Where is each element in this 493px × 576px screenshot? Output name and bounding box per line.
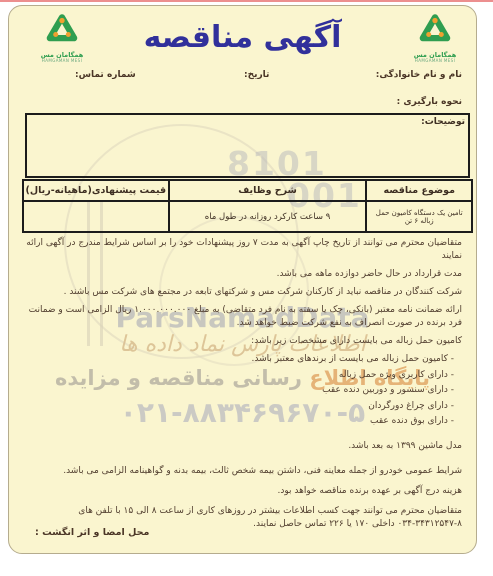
term-spec-item: - دارای چراغ دورگردان xyxy=(19,400,462,413)
field-name-label: نام و نام خانوادگی: xyxy=(376,70,462,80)
term-spec-item: - دارای بوق دنده عقب xyxy=(19,415,462,428)
term-line: مدت قرارداد در حال حاضر دوازده ماهه می ب… xyxy=(19,268,462,281)
top-accent-line xyxy=(0,0,493,2)
notes-box: توضیحات: xyxy=(25,113,470,178)
term-line: شرکت کنندگان در مناقصه نباید از کارکنان … xyxy=(19,286,462,299)
cell-price xyxy=(23,201,169,232)
tender-form: 8101 001 ParsNamadData اطلاعات پارس نماد… xyxy=(8,5,477,554)
term-line: شرایط عمومی خودرو از جمله معاینه فنی، دا… xyxy=(19,465,462,478)
table-header-row: موضوع مناقصه شرح وظایف قیمت پیشنهادی(ماه… xyxy=(23,180,472,201)
header-duties: شرح وظایف xyxy=(169,180,367,201)
page-title: آگهی مناقصه xyxy=(9,20,476,55)
header-subject: موضوع مناقصه xyxy=(366,180,472,201)
cell-duties: ۹ ساعت کارکرد روزانه در طول ماه xyxy=(169,201,367,232)
header-price: قیمت پیشنهادی(ماهیانه-ریال) xyxy=(23,180,169,201)
notes-label: توضیحات: xyxy=(27,115,468,129)
tender-table: موضوع مناقصه شرح وظایف قیمت پیشنهادی(ماه… xyxy=(22,179,473,233)
logo-name-en: HAMGAMAN MESI xyxy=(402,59,468,64)
term-spec-item: - دارای کاربری ویژه حمل زباله xyxy=(19,369,462,382)
term-spec-item: - کامیون حمل زباله می بایست از برندهای م… xyxy=(19,353,462,366)
field-phone-label: شماره تماس: xyxy=(75,70,136,80)
term-line: مدل ماشین ۱۳۹۹ به بعد باشد. xyxy=(19,440,462,453)
form-content: همگامان مس HAMGAMAN MESI همگامان مس HAMG… xyxy=(9,6,476,553)
term-line: متقاضیان محترم می توانند از تاریخ چاپ آگ… xyxy=(19,237,462,263)
term-line: ارائه ضمانت نامه معتبر (بانکی، چک یا سفت… xyxy=(19,304,462,330)
term-spec-item: - دارای سنسور و دوربین دنده عقب xyxy=(19,384,462,397)
cell-subject: تامین یک دستگاه کامیون حمل زباله ۶ تن xyxy=(366,201,472,232)
term-line: هزینه درج آگهی بر عهده برنده مناقصه خواه… xyxy=(19,485,462,498)
table-row: تامین یک دستگاه کامیون حمل زباله ۶ تن ۹ … xyxy=(23,201,472,232)
field-date-label: تاریخ: xyxy=(244,70,269,80)
term-line: کامیون حمل زباله می بایست دارای مشخصات ز… xyxy=(19,335,462,348)
signature-label: محل امضا و اثر انگشت : xyxy=(35,527,149,538)
terms-text: متقاضیان محترم می توانند از تاریخ چاپ آگ… xyxy=(19,237,466,536)
logo-name-en: HAMGAMAN MESI xyxy=(29,59,95,64)
field-loading-method-label: نحوه بارگیری : xyxy=(397,97,462,107)
page: { "page": { "title": "آگهی مناقصه" }, "b… xyxy=(0,0,493,576)
